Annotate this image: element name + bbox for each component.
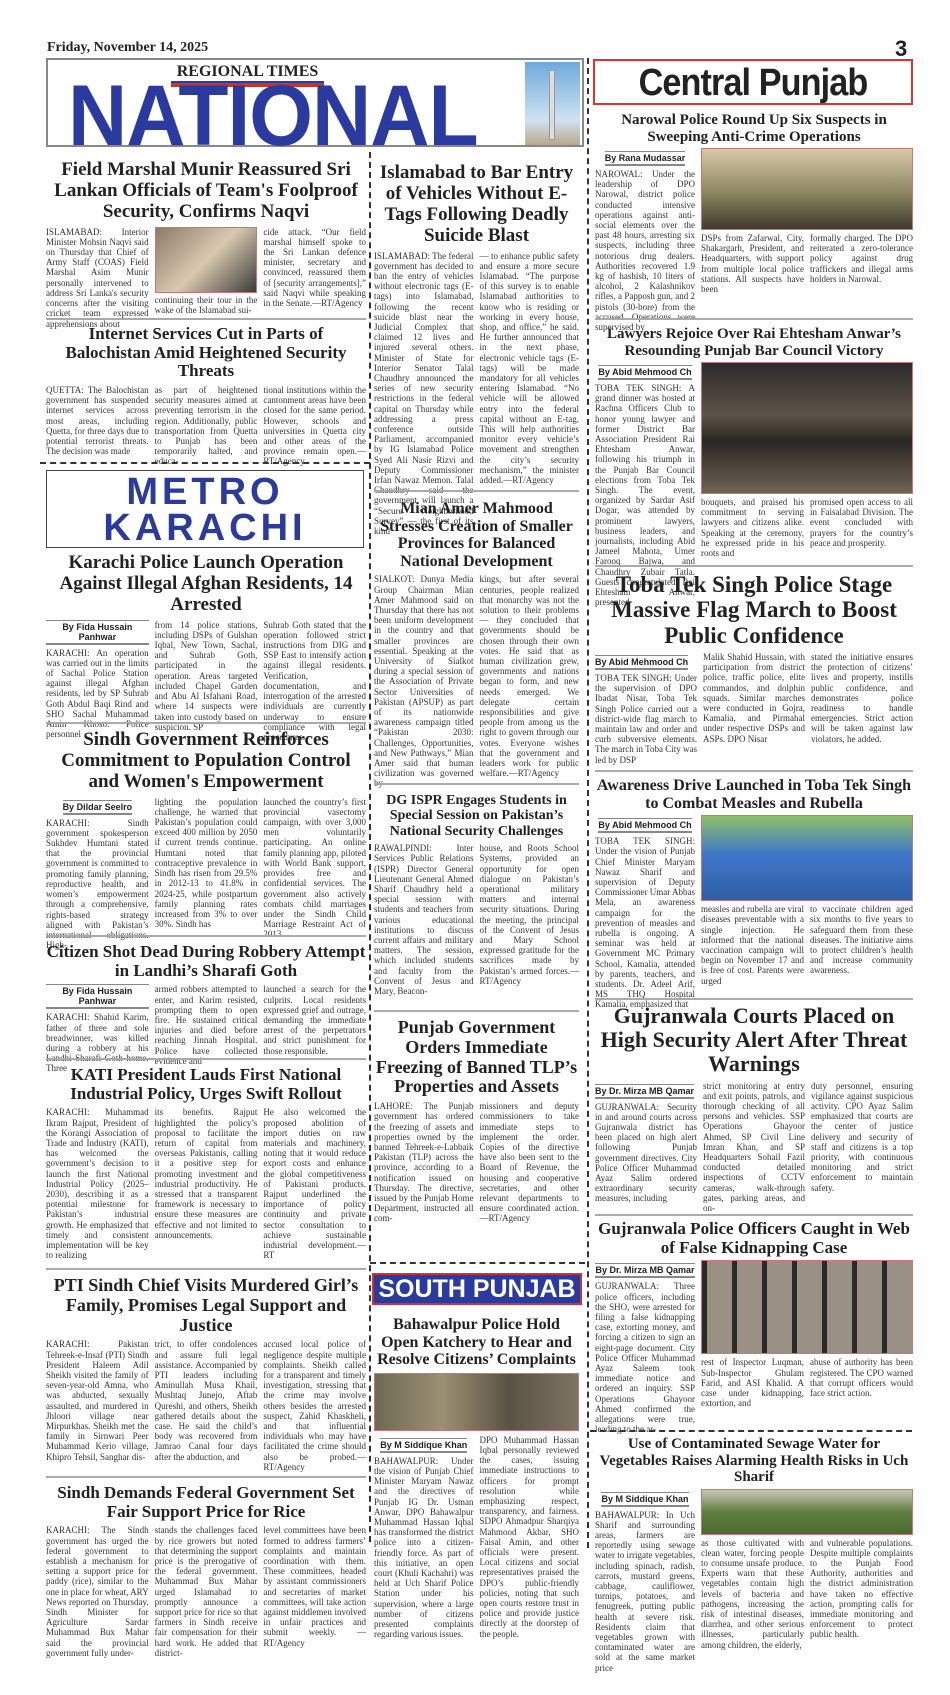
byline: By Rana Mudassar <box>605 151 686 166</box>
article-body: promised open access to all in Faisalaba… <box>810 497 913 558</box>
byline: By Dr. Mirza MB Qamar <box>595 1084 694 1099</box>
lawyers-event-photo <box>701 362 913 494</box>
headline: Citizen Shot Dead During Robbery Attempt… <box>46 943 366 980</box>
headline: Sindh Government Reinforces Commitment t… <box>46 730 366 793</box>
divider <box>46 935 366 937</box>
divider <box>374 490 579 492</box>
article-body: duty personnel, ensuring vigilance again… <box>811 1081 913 1214</box>
byline: By Dr. Mirza MB Qamar <box>595 1263 694 1278</box>
article-body: stated the initiative ensures the protec… <box>811 652 913 765</box>
narowal-suspects-photo <box>701 148 913 230</box>
divider <box>374 1010 579 1012</box>
article-pti: PTI Sindh Chief Visits Murdered Girl’s F… <box>46 1276 366 1472</box>
headline: Bahawalpur Police Hold Open Katchery to … <box>374 1316 579 1369</box>
article-kati: KATI President Lauds First National Indu… <box>46 1066 366 1260</box>
article-body: as those cultivated with clean water, fo… <box>701 1538 804 1650</box>
national-section-title: NATIONAL <box>68 84 478 149</box>
headline: Awareness Drive Launched in Toba Tek Sin… <box>595 777 913 812</box>
headline: KATI President Lauds First National Indu… <box>46 1066 366 1103</box>
article-body: KARACHI: Muhammad Ikram Rajput, Presiden… <box>46 1107 149 1260</box>
article-balochistan: Internet Services Cut in Parts of Baloch… <box>46 325 366 467</box>
article-narowal: Narowal Police Round Up Six Suspects in … <box>595 112 913 332</box>
article-munir: Field Marshal Munir Reassured Sri Lankan… <box>46 160 366 329</box>
divider <box>46 1058 366 1060</box>
byline: By Fida Hussain Panhwar <box>46 620 149 645</box>
divider <box>595 565 913 567</box>
issue-date: Friday, November 14, 2025 <box>47 40 208 56</box>
headline: Gujranwala Police Officers Caught in Web… <box>595 1220 913 1257</box>
headline: PTI Sindh Chief Visits Murdered Girl’s F… <box>46 1276 366 1335</box>
metro-karachi-banner: METRO KARACHI <box>46 470 364 548</box>
divider <box>595 1214 913 1216</box>
headline: Mian Amer Mahmood Stresses Creation of S… <box>374 500 579 570</box>
article-body: accused local police of negligence despi… <box>263 1339 366 1472</box>
south-punjab-title: SOUTH PUNJAB <box>374 1275 580 1303</box>
article-body: strict monitoring at entry and exit poin… <box>703 1081 805 1214</box>
metro-title: METRO <box>47 471 363 510</box>
sewage-fields-photo <box>701 1489 913 1535</box>
article-body: bouquets, and praised his commitment to … <box>701 497 804 558</box>
headline: Lawyers Rejoice Over Rai Ehtesham Anwar’… <box>595 326 913 359</box>
byline: By Abid Mehmood Ch <box>598 818 691 833</box>
column-divider <box>587 58 589 1548</box>
article-body: cide attack. “Our field marshal himself … <box>263 227 366 329</box>
article-body: to vaccinate children aged six months to… <box>810 904 913 986</box>
article-body: its benefits. Rajput highlighted the pol… <box>155 1107 258 1260</box>
seminar-photo <box>701 815 913 901</box>
divider <box>595 998 913 1000</box>
article-body: level committees have been formed to add… <box>263 1525 366 1658</box>
naqvi-photo <box>155 227 258 293</box>
divider <box>46 1476 366 1478</box>
article-awareness-drive: Awareness Drive Launched in Toba Tek Sin… <box>595 777 913 1010</box>
south-punjab-banner: SOUTH PUNJAB <box>372 1273 582 1305</box>
article-body: measles and rubella are viral diseases p… <box>701 904 804 986</box>
article-bahawalpur: Bahawalpur Police Hold Open Katchery to … <box>374 1316 579 1639</box>
article-body: continuing their tour in the wake of the… <box>155 295 258 315</box>
divider <box>595 318 913 320</box>
article-body: NAROWAL: Under the leadership of DPO Nar… <box>595 169 695 332</box>
article-body: house, and Roots School Systems, provide… <box>480 843 580 996</box>
headline: Field Marshal Munir Reassured Sri Lankan… <box>46 160 366 223</box>
article-body: He also welcomed the proposed abolition … <box>263 1107 366 1260</box>
article-body: KARACHI: The Sindh government has urged … <box>46 1525 149 1658</box>
article-body: stands the challenges faced by rice grow… <box>155 1525 258 1658</box>
article-body: missioners and deputy commissioners to t… <box>480 1101 580 1223</box>
article-body: BAHAWALPUR: Under the vision of Punjab C… <box>374 1456 474 1640</box>
central-punjab-title: Central Punjab <box>611 61 895 105</box>
headline: Narowal Police Round Up Six Suspects in … <box>595 112 913 145</box>
article-body: lighting the population challenge, he wa… <box>155 797 258 951</box>
arrested-officers-photo <box>701 1260 913 1354</box>
article-body: GUJRANWALA: Security in and around court… <box>595 1102 697 1204</box>
article-gujranwala-courts: Gujranwala Courts Placed on High Securit… <box>595 1004 913 1213</box>
article-body: and vulnerable populations. Despite mult… <box>810 1538 913 1650</box>
headline: Use of Contaminated Sewage Water for Veg… <box>595 1436 913 1486</box>
headline: Gujranwala Courts Placed on High Securit… <box>595 1004 913 1077</box>
headline: Islamabad to Bar Entry of Vehicles Witho… <box>374 163 579 247</box>
divider <box>595 770 913 772</box>
article-body: DPO Muhammad Hassan Iqbal personally rev… <box>480 1435 580 1640</box>
headline: Toba Tek Singh Police Stage Massive Flag… <box>595 572 913 648</box>
article-body: TOBA TEK SINGH: Under the supervision of… <box>595 673 697 765</box>
minar-e-pakistan-photo <box>525 62 580 145</box>
headline: Karachi Police Launch Operation Against … <box>46 553 366 616</box>
national-section-banner: REGIONAL TIMES NATIONAL <box>46 58 584 147</box>
article-body: DSPs from Zafarwal, City, Shakargarh, Pr… <box>701 233 804 294</box>
byline: By Dildar Seelro <box>63 800 133 815</box>
article-body: armed robbers attempted to enter, and Ka… <box>155 984 258 1073</box>
article-body: tional institutions within the cantonmen… <box>263 385 366 467</box>
article-body: Malik Shahid Hussain, with participation… <box>703 652 805 765</box>
article-body: as part of heightened security measures … <box>155 385 258 467</box>
article-sindh-population: Sindh Government Reinforces Commitment t… <box>46 730 366 950</box>
article-ispr: DG ISPR Engages Students in Special Sess… <box>374 793 579 996</box>
article-body: abuse of authority has been registered. … <box>810 1357 913 1408</box>
byline: By M Siddique Khan <box>380 1438 467 1453</box>
byline: By Abid Mehmood Ch <box>598 365 691 380</box>
article-body: KARACHI: Pakistan Tehreek-e-Insaf (PTI) … <box>46 1339 149 1472</box>
divider <box>46 318 366 320</box>
article-body: launched the country’s first provincial … <box>263 797 366 951</box>
byline: By M Siddique Khan <box>601 1492 688 1507</box>
article-body: rest of Inspector Luqman, Sub-Inspector … <box>701 1357 804 1408</box>
article-afghan: Karachi Police Launch Operation Against … <box>46 553 366 742</box>
column-divider <box>369 152 371 1542</box>
article-body: ISLAMABAD: Interior Minister Mohsin Naqv… <box>46 227 149 329</box>
headline: Sindh Demands Federal Government Set Fai… <box>46 1484 366 1521</box>
section-divider <box>40 462 370 464</box>
headline: DG ISPR Engages Students in Special Sess… <box>374 793 579 839</box>
article-body: GUJRANWALA: Three police officers, inclu… <box>595 1281 695 1434</box>
headline: Internet Services Cut in Parts of Baloch… <box>46 325 366 381</box>
byline: By Abid Mehmood Ch <box>595 655 688 670</box>
article-kidnapping: Gujranwala Police Officers Caught in Web… <box>595 1220 913 1434</box>
article-body: RAWALPINDI: Inter Services Public Relati… <box>374 843 474 996</box>
article-body: BAHAWALPUR: In Uch Sharif and surroundin… <box>595 1510 695 1673</box>
article-tlp: Punjab Government Orders Immediate Freez… <box>374 1018 579 1224</box>
article-body: ISLAMABAD: The federal government has de… <box>374 251 474 537</box>
byline: By Fida Hussain Panhwar <box>46 984 149 1009</box>
article-body: formally charged. The DPO reiterated a z… <box>810 233 913 294</box>
article-body: KARACHI: An operation was carried out in… <box>46 648 149 740</box>
article-sewage: Use of Contaminated Sewage Water for Veg… <box>595 1436 913 1673</box>
article-body: — to enhance public safety and ensure a … <box>480 251 580 537</box>
karachi-title: KARACHI <box>47 510 363 546</box>
divider <box>46 722 366 724</box>
article-body: launched a search for the culprits. Loca… <box>263 984 366 1073</box>
article-rice: Sindh Demands Federal Government Set Fai… <box>46 1484 366 1658</box>
article-body: LAHORE: The Punjab government has ordere… <box>374 1101 474 1223</box>
divider <box>374 783 579 785</box>
open-katchery-photo <box>374 1373 579 1431</box>
section-divider <box>590 1430 912 1432</box>
headline: Punjab Government Orders Immediate Freez… <box>374 1018 579 1097</box>
article-body: QUETTA: The Balochistan government has s… <box>46 385 149 467</box>
article-body: KARACHI: Sindh government spokesperson S… <box>46 818 149 951</box>
article-body: kings, but after several centuries, peop… <box>480 574 580 788</box>
article-etags: Islamabad to Bar Entry of Vehicles Witho… <box>374 163 579 536</box>
article-tts-flag-march: Toba Tek Singh Police Stage Massive Flag… <box>595 572 913 765</box>
divider <box>46 1268 366 1270</box>
article-body: TOBA TEK SINGH: Under the vision of Punj… <box>595 836 695 1009</box>
article-robbery: Citizen Shot Dead During Robbery Attempt… <box>46 943 366 1074</box>
article-mian: Mian Amer Mahmood Stresses Creation of S… <box>374 500 579 789</box>
central-punjab-banner: Central Punjab <box>593 59 913 105</box>
section-divider <box>370 1262 585 1264</box>
article-body: SIALKOT: Dunya Media Group Chairman Mian… <box>374 574 474 788</box>
article-body: trict, to offer condolences and assure f… <box>155 1339 258 1472</box>
